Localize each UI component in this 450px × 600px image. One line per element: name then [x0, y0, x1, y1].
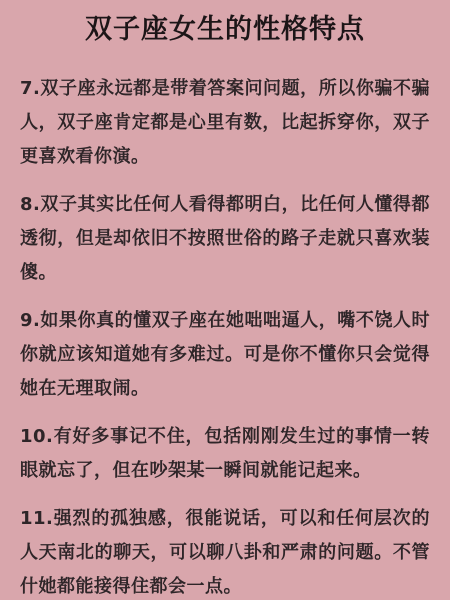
traits-page: 双子座女生的性格特点 7.双子座永远都是带着答案问问题，所以你骗不骗人，双子座肯… — [0, 0, 450, 600]
trait-paragraph-11: 11.强烈的孤独感，很能说话，可以和任何层次的人天南北的聊天，可以聊八卦和严肃的… — [20, 502, 430, 600]
trait-paragraph-7: 7.双子座永远都是带着答案问问题，所以你骗不骗人，双子座肯定都是心里有数，比起拆… — [20, 72, 430, 174]
page-title: 双子座女生的性格特点 — [20, 12, 430, 48]
trait-paragraph-8: 8.双子其实比任何人看得都明白，比任何人懂得都透彻，但是却依旧不按照世俗的路子走… — [20, 188, 430, 290]
trait-paragraph-10: 10.有好多事记不住，包括刚刚发生过的事情一转眼就忘了，但在吵架某一瞬间就能记起… — [20, 420, 430, 488]
trait-paragraph-9: 9.如果你真的懂双子座在她咄咄逼人，嘴不饶人时你就应该知道她有多难过。可是你不懂… — [20, 304, 430, 406]
